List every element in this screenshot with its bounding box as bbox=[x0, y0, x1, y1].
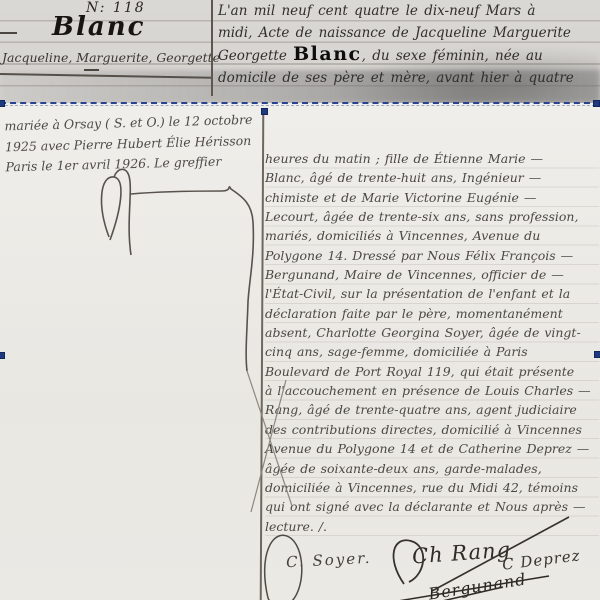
marriage-margin-note: mariée à Orsay ( S. et O.) le 12 octobre… bbox=[4, 110, 262, 178]
act-line: cinq ans, sage-femme, domiciliée à Paris bbox=[265, 342, 599, 361]
previous-act-text: L'an mil neuf cent quatre le dix-neuf Ma… bbox=[218, 1, 598, 89]
registry-line-post: , du sexe féminin, née au bbox=[362, 48, 543, 64]
signature-deprez: C Deprez bbox=[501, 546, 581, 573]
selection-handle-top-center[interactable] bbox=[261, 108, 268, 115]
act-line: à l'accouchement en présence de Louis Ch… bbox=[265, 381, 599, 400]
signature-soyer: C. Soyer. bbox=[286, 549, 372, 571]
registry-line: domicile de ses père et mère, avant hier… bbox=[218, 68, 598, 90]
selection-marquee-top-edge[interactable] bbox=[0, 102, 600, 104]
margin-surname: Blanc bbox=[52, 12, 145, 42]
act-line: domiciliée à Vincennes, rue du Midi 42, … bbox=[265, 478, 599, 497]
surname-emphasis: Blanc bbox=[293, 43, 361, 65]
act-line: Rang, âgé de trente-quatre ans, agent ju… bbox=[265, 400, 599, 419]
margin-given-names: Jacqueline, Marguerite, Georgette bbox=[2, 50, 220, 65]
act-line: mariés, domiciliés à Vincennes, Avenue d… bbox=[265, 226, 599, 245]
act-line: Blanc, âgé de trente-huit ans, Ingénieur… bbox=[265, 168, 599, 187]
act-line: chimiste et de Marie Victorine Eugénie — bbox=[265, 188, 599, 207]
act-line: Polygone 14. Dressé par Nous Félix Franç… bbox=[265, 246, 599, 265]
selection-handle-middle-left[interactable] bbox=[0, 352, 5, 359]
registry-line: midi, Acte de naissance de Jacqueline Ma… bbox=[218, 23, 598, 45]
act-line: Bergunand, Maire de Vincennes, officier … bbox=[265, 265, 599, 284]
act-line: déclaration faite par le père, momentané… bbox=[265, 304, 599, 323]
previous-act-page: N: 118 Blanc Jacqueline, Marguerite, Geo… bbox=[0, 0, 600, 103]
act-line: qui ont signé avec la déclarante et Nous… bbox=[265, 497, 599, 516]
registry-line: Georgette Blanc, du sexe féminin, née au bbox=[218, 44, 598, 68]
act-line: âgée de soixante-deux ans, garde-malades… bbox=[265, 459, 599, 478]
registry-line-pre: Georgette bbox=[218, 48, 287, 64]
selection-handle-top-left[interactable] bbox=[0, 100, 5, 107]
registry-line: L'an mil neuf cent quatre le dix-neuf Ma… bbox=[218, 1, 598, 23]
selection-handle-top-right[interactable] bbox=[593, 100, 600, 107]
act-line: Boulevard de Port Royal 119, qui était p… bbox=[265, 362, 599, 381]
signature-maire: Bergunand bbox=[427, 569, 528, 600]
act-line: Lecourt, âgée de trente-six ans, sans pr… bbox=[265, 207, 599, 226]
act-line: Avenue du Polygone 14 et de Catherine De… bbox=[265, 439, 599, 458]
act-line: l'État-Civil, sur la présentation de l'e… bbox=[265, 284, 599, 303]
act-line: absent, Charlotte Georgina Soyer, âgée d… bbox=[265, 323, 599, 342]
act-line: lecture. /. bbox=[265, 517, 599, 536]
act-body-text: heures du matin ; fille de Étienne Marie… bbox=[265, 149, 599, 536]
margin-tick-line bbox=[0, 32, 17, 34]
signature-rang: Ch Rang bbox=[411, 538, 511, 569]
margin-vertical-rule-bottom bbox=[260, 113, 264, 600]
current-act-page: mariée à Orsay ( S. et O.) le 12 octobre… bbox=[0, 103, 600, 600]
register-scan: N: 118 Blanc Jacqueline, Marguerite, Geo… bbox=[0, 0, 600, 600]
selection-handle-middle-right[interactable] bbox=[594, 351, 600, 358]
margin-vertical-rule-top bbox=[211, 0, 213, 96]
selection-marquee-top-edge-shadow bbox=[0, 105, 600, 106]
given-names-underline bbox=[84, 69, 99, 71]
act-line: heures du matin ; fille de Étienne Marie… bbox=[265, 149, 599, 168]
act-line: des contributions directes, domicilié à … bbox=[265, 420, 599, 439]
